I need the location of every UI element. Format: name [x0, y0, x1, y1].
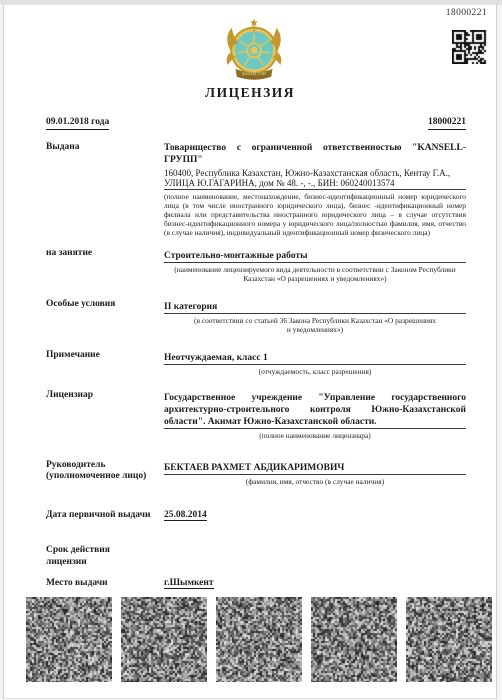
security-barcode [311, 597, 397, 682]
field-licensor: Лицензиар Государственное учреждение "Уп… [46, 390, 466, 440]
license-document-page: 18000221 ҚАЗАҚСТАН ЛИЦЕНЗИЯ [3, 5, 497, 699]
field-label: Руководитель (уполномоченное лицо) [46, 460, 164, 483]
field-note: (наименование лицензируемого вида деятел… [164, 265, 466, 283]
field-note: (полное наименование, местонахождение, б… [164, 192, 466, 238]
issue-date: 09.01.2018 года [46, 117, 109, 130]
qr-code [452, 30, 487, 64]
date-number-row: 09.01.2018 года 18000221 [46, 117, 466, 130]
field-label: Место выдачи [46, 578, 164, 590]
field-label: Дата первичной выдачи [46, 510, 164, 522]
field-label: Выдана [46, 142, 164, 154]
head-name: БЕКТАЕВ РАХМЕТ АБДИКАРИМОВИЧ [164, 462, 466, 475]
field-label: Примечание [46, 350, 164, 362]
field-special-conditions: Особые условия II категория (в соответст… [46, 299, 466, 334]
security-barcode [121, 597, 207, 682]
security-barcode [406, 597, 492, 682]
licensor-value: Государственное учреждение "Управление г… [164, 392, 466, 429]
special-conditions-value: II категория [164, 301, 466, 314]
field-note: (в соответствии со статьей 36 Закона Рес… [164, 316, 466, 334]
security-barcode [216, 597, 302, 682]
security-barcode [26, 597, 112, 682]
first-issue-date-value: 25.08.2014 [164, 510, 207, 521]
field-label: Лицензиар [46, 390, 164, 402]
licensee-address: 160400, Республика Казахстан, Южно-Казах… [164, 168, 466, 190]
field-head: Руководитель (уполномоченное лицо) БЕКТА… [46, 460, 466, 486]
kazakhstan-coat-of-arms-emblem: ҚАЗАҚСТАН [221, 18, 287, 88]
field-label: Срок действия лицензии [46, 545, 164, 568]
emblem-banner-text: ҚАЗАҚСТАН [242, 71, 266, 76]
field-note: (фамилия, имя, отчество (в случае наличи… [164, 477, 466, 486]
license-content: 09.01.2018 года 18000221 Выдана Товарище… [46, 117, 466, 590]
field-issue-place: Место выдачи г.Шымкент [46, 578, 466, 590]
field-issued-to: Выдана Товарищество с ограниченной ответ… [46, 142, 466, 238]
field-first-issue-date: Дата первичной выдачи 25.08.2014 [46, 510, 466, 522]
field-activity: на занятие Строительно-монтажные работы … [46, 248, 466, 283]
field-note: (полное наименование лицензиара) [164, 431, 466, 440]
document-title: ЛИЦЕНЗИЯ [4, 85, 496, 101]
security-barcode-strip [26, 597, 492, 682]
field-remark: Примечание Неотчуждаемая, класс 1 (отчуж… [46, 350, 466, 376]
field-label: Особые условия [46, 299, 164, 311]
serial-number-top: 18000221 [446, 8, 487, 18]
remark-value: Неотчуждаемая, класс 1 [164, 352, 466, 365]
license-number: 18000221 [428, 117, 466, 130]
activity-value: Строительно-монтажные работы [164, 250, 466, 263]
field-label: на занятие [46, 248, 164, 260]
issue-place-value: г.Шымкент [164, 578, 214, 589]
licensee-name: Товарищество с ограниченной ответственно… [164, 142, 466, 166]
field-validity-period: Срок действия лицензии [46, 545, 466, 568]
field-note: (отчуждаемость, класс разрешения) [164, 367, 466, 376]
